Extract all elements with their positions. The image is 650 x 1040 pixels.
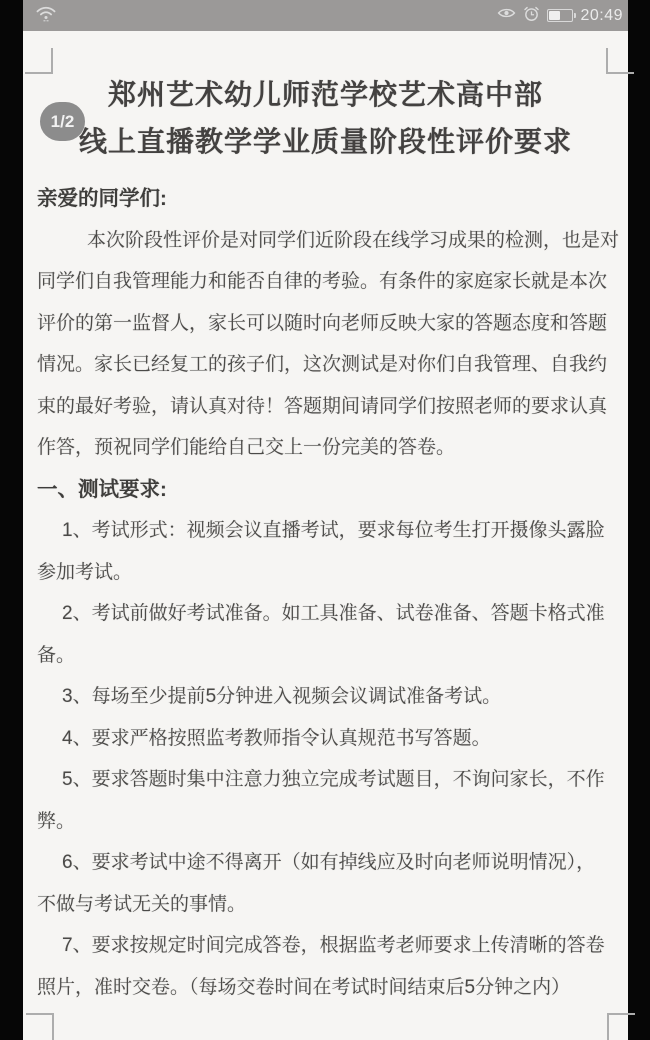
doc-body-line: 1、考试形式：视频会议直播考试，要求每位考生打开摄像头露脸 [37,510,614,552]
screen-edge-bar-right [628,0,650,1040]
battery-fill [549,11,560,20]
doc-body-line: 情况。家长已经复工的孩子们，这次测试是对你们自我管理、自我约 [37,344,614,386]
doc-body-line: 参加考试。 [37,552,614,594]
doc-title-line: 郑州艺术幼儿师范学校艺术高中部 [37,71,614,118]
doc-body-line: 束的最好考验，请认真对待！答题期间请同学们按照老师的要求认真 [37,386,614,428]
wifi-icon [35,4,57,27]
doc-body-line: 2、考试前做好考试准备。如工具准备、试卷准备、答题卡格式准 [37,593,614,635]
doc-body-line: 本次阶段性评价是对同学们近阶段在线学习成果的检测，也是对 [37,220,614,262]
doc-body-line: 作答，预祝同学们能给自己交上一份完美的答卷。 [37,427,614,469]
doc-body-line: 7、要求按规定时间完成答卷，根据监考老师要求上传清晰的答卷 [37,925,614,967]
crop-mark-bottom-left [26,1013,54,1040]
document-page[interactable]: 1/2 郑州艺术幼儿师范学校艺术高中部线上直播教学学业质量阶段性评价要求 亲爱的… [23,31,628,1040]
eye-comfort-icon [497,6,516,25]
screen-content: 20:49 1/2 郑州艺术幼儿师范学校艺术高中部线上直播教学学业质量阶段性评价… [23,0,628,1040]
doc-title-line: 线上直播教学学业质量阶段性评价要求 [37,118,614,165]
doc-body-line: 一、测试要求: [37,469,614,511]
status-bar: 20:49 [23,0,628,31]
phone-screen: 20:49 1/2 郑州艺术幼儿师范学校艺术高中部线上直播教学学业质量阶段性评价… [0,0,650,1040]
crop-mark-bottom-right [607,1013,635,1040]
battery-nub [574,13,577,18]
doc-body-line: 照片，准时交卷。（每场交卷时间在考试时间结束后5分钟之内） [37,967,614,1009]
doc-body-line: 备。 [37,635,614,677]
doc-body-line: 同学们自我管理能力和能否自律的考验。有条件的家庭家长就是本次 [37,261,614,303]
battery-icon [547,9,573,22]
status-bar-right-cluster: 20:49 [497,5,623,27]
alarm-clock-icon [523,5,540,27]
doc-title: 郑州艺术幼儿师范学校艺术高中部线上直播教学学业质量阶段性评价要求 [37,71,614,165]
doc-body-line: 6、要求考试中途不得离开（如有掉线应及时向老师说明情况）， [37,842,614,884]
doc-body-line: 评价的第一监督人，家长可以随时向老师反映大家的答题态度和答题 [37,303,614,345]
page-indicator-badge: 1/2 [40,102,85,141]
doc-body-line: 亲爱的同学们: [37,178,614,220]
screen-edge-bar-left [0,0,23,1040]
doc-body-line: 不做与考试无关的事情。 [37,884,614,926]
doc-body-line: 3、每场至少提前5分钟进入视频会议调试准备考试。 [37,676,614,718]
status-time: 20:49 [580,7,623,25]
doc-body-line: 5、要求答题时集中注意力独立完成考试题目，不询问家长，不作 [37,759,614,801]
doc-body-line: 4、要求严格按照监考教师指令认真规范书写答题。 [37,718,614,760]
doc-body-line: 弊。 [37,801,614,843]
doc-body: 亲爱的同学们:本次阶段性评价是对同学们近阶段在线学习成果的检测，也是对同学们自我… [37,178,614,1008]
